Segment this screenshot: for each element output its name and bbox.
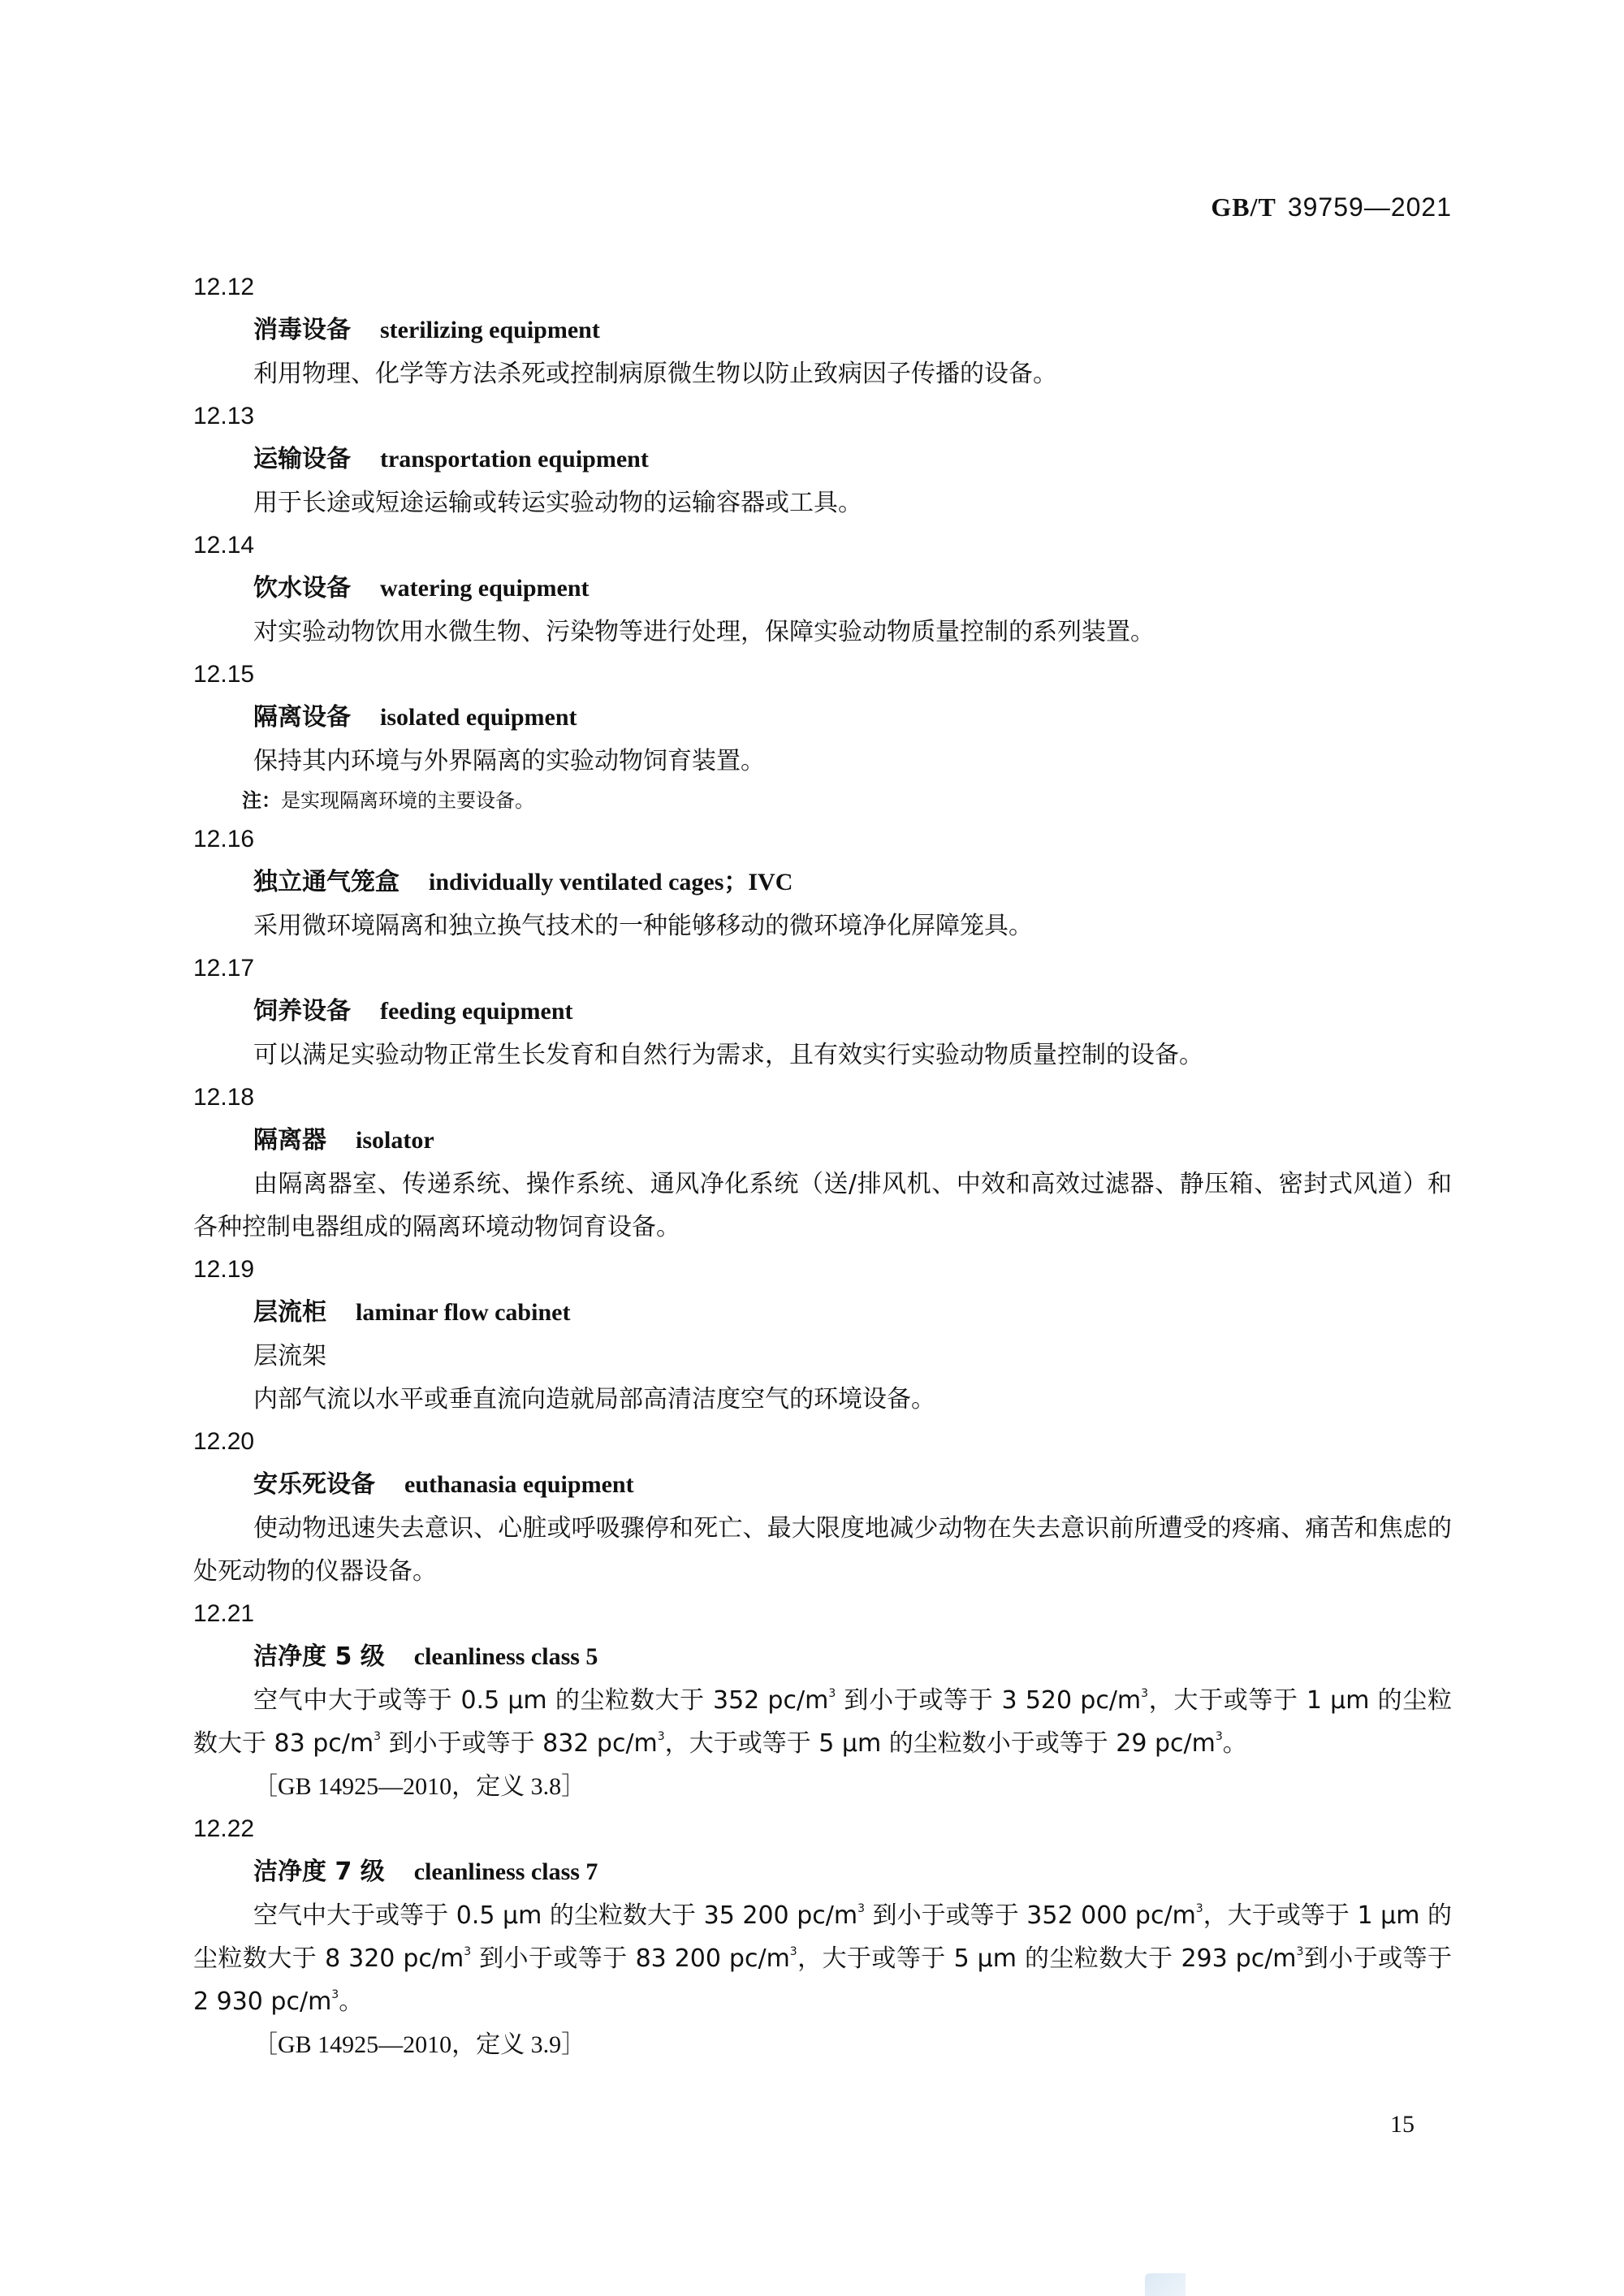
term-heading: 隔离设备isolated equipment bbox=[253, 696, 1452, 740]
term-en: cleanliness class 5 bbox=[414, 1643, 598, 1670]
entry-number: 12.20 bbox=[193, 1421, 1452, 1463]
term-definition: 空气中大于或等于 0.5 μm 的尘粒数大于 352 pc/m3 到小于或等于 … bbox=[193, 1679, 1452, 1765]
term-en: isolator bbox=[356, 1127, 434, 1154]
term-definition: 内部气流以水平或垂直流向造就局部高清洁度空气的环境设备。 bbox=[193, 1378, 1452, 1421]
entry-number: 12.13 bbox=[193, 395, 1452, 438]
term-zh: 安乐死设备 bbox=[253, 1470, 375, 1499]
term-note: 注：是实现隔离环境的主要设备。 bbox=[242, 783, 1452, 818]
term-heading: 洁净度 7 级cleanliness class 7 bbox=[253, 1850, 1452, 1894]
entry-number: 12.21 bbox=[193, 1593, 1452, 1635]
term-synonym: 层流架 bbox=[253, 1335, 1452, 1378]
term-heading: 安乐死设备euthanasia equipment bbox=[253, 1463, 1452, 1507]
entry-number: 12.22 bbox=[193, 1808, 1452, 1850]
note-label: 注： bbox=[242, 789, 281, 812]
superscript: 3 bbox=[1216, 1730, 1223, 1743]
term-zh: 隔离器 bbox=[253, 1126, 326, 1154]
superscript: 3 bbox=[374, 1730, 381, 1743]
superscript: 3 bbox=[464, 1945, 471, 1958]
text-run: 。 bbox=[339, 1987, 363, 2016]
text-run: 空气中大于或等于 0.5 μm 的尘粒数大于 35 200 pc/m bbox=[253, 1901, 857, 1930]
term-heading: 运输设备transportation equipment bbox=[253, 438, 1452, 481]
text-run: 到小于或等于 83 200 pc/m bbox=[471, 1944, 790, 1973]
term-definition: 采用微环境隔离和独立换气技术的一种能够移动的微环境净化屏障笼具。 bbox=[193, 904, 1452, 947]
text-run: 到小于或等于 352 000 pc/m bbox=[865, 1901, 1196, 1930]
term-zh: 洁净度 7 级 bbox=[253, 1858, 385, 1886]
text-run: 到小于或等于 3 520 pc/m bbox=[836, 1686, 1141, 1715]
standard-prefix: GB/T bbox=[1211, 192, 1276, 222]
term-zh: 消毒设备 bbox=[253, 316, 351, 344]
term-en: individually ventilated cages；IVC bbox=[429, 869, 793, 896]
entry-number: 12.12 bbox=[193, 266, 1452, 309]
term-heading: 隔离器isolator bbox=[253, 1119, 1452, 1163]
term-en: cleanliness class 7 bbox=[414, 1858, 598, 1885]
superscript: 3 bbox=[1196, 1902, 1203, 1915]
term-zh: 独立通气笼盒 bbox=[253, 868, 400, 896]
text-run: 到小于或等于 832 pc/m bbox=[381, 1729, 658, 1758]
term-en: euthanasia equipment bbox=[404, 1471, 634, 1498]
term-definition: 用于长途或短途运输或转运实验动物的运输容器或工具。 bbox=[193, 481, 1452, 524]
term-en: watering equipment bbox=[380, 575, 590, 602]
term-source: ［GB 14925—2010，定义 3.8］ bbox=[253, 1765, 1452, 1808]
term-zh: 隔离设备 bbox=[253, 703, 351, 732]
superscript: 3 bbox=[331, 1988, 339, 2001]
term-definition: 对实验动物饮用水微生物、污染物等进行处理，保障实验动物质量控制的系列装置。 bbox=[193, 611, 1452, 654]
entry-number: 12.19 bbox=[193, 1249, 1452, 1291]
term-en: sterilizing equipment bbox=[380, 317, 600, 343]
text-run: 空气中大于或等于 0.5 μm 的尘粒数大于 352 pc/m bbox=[253, 1686, 828, 1715]
term-zh: 运输设备 bbox=[253, 445, 351, 473]
superscript: 3 bbox=[790, 1945, 797, 1958]
term-en: transportation equipment bbox=[380, 446, 649, 473]
term-definition: 保持其内环境与外界隔离的实验动物饲育装置。 bbox=[193, 740, 1452, 783]
standard-number: 39759—2021 bbox=[1288, 192, 1452, 222]
term-zh: 洁净度 5 级 bbox=[253, 1642, 385, 1671]
entry-number: 12.17 bbox=[193, 947, 1452, 990]
term-definition: 利用物理、化学等方法杀死或控制病原微生物以防止致病因子传播的设备。 bbox=[193, 352, 1452, 395]
watermark-logo-icon bbox=[1145, 2273, 1186, 2296]
superscript: 3 bbox=[1141, 1687, 1148, 1700]
term-definition: 空气中大于或等于 0.5 μm 的尘粒数大于 35 200 pc/m3 到小于或… bbox=[193, 1894, 1452, 2023]
page-number: 15 bbox=[1390, 2111, 1415, 2138]
term-heading: 消毒设备sterilizing equipment bbox=[253, 309, 1452, 352]
term-definition: 由隔离器室、传递系统、操作系统、通风净化系统（送/排风机、中效和高效过滤器、静压… bbox=[193, 1163, 1452, 1249]
entry-number: 12.16 bbox=[193, 818, 1452, 861]
text-run: ，大于或等于 5 μm 的尘粒数小于或等于 29 pc/m bbox=[665, 1729, 1216, 1758]
entry-number: 12.14 bbox=[193, 524, 1452, 567]
term-heading: 饮水设备watering equipment bbox=[253, 567, 1452, 611]
term-zh: 层流柜 bbox=[253, 1298, 326, 1327]
term-zh: 饮水设备 bbox=[253, 574, 351, 602]
text-run: ，大于或等于 5 μm 的尘粒数大于 293 pc/m bbox=[797, 1944, 1297, 1973]
term-en: feeding equipment bbox=[380, 998, 573, 1025]
term-heading: 层流柜laminar flow cabinet bbox=[253, 1291, 1452, 1335]
superscript: 3 bbox=[857, 1902, 865, 1915]
term-heading: 独立通气笼盒individually ventilated cages；IVC bbox=[253, 861, 1452, 904]
term-heading: 洁净度 5 级cleanliness class 5 bbox=[253, 1635, 1452, 1679]
term-definition: 使动物迅速失去意识、心脏或呼吸骤停和死亡、最大限度地减少动物在失去意识前所遭受的… bbox=[193, 1507, 1452, 1593]
term-source: ［GB 14925—2010，定义 3.9］ bbox=[253, 2023, 1452, 2066]
text-run: 。 bbox=[1223, 1729, 1247, 1758]
standard-code-header: GB/T39759—2021 bbox=[1211, 192, 1452, 222]
superscript: 3 bbox=[658, 1730, 665, 1743]
term-en: laminar flow cabinet bbox=[356, 1299, 570, 1326]
term-heading: 饲养设备feeding equipment bbox=[253, 990, 1452, 1034]
entry-number: 12.15 bbox=[193, 654, 1452, 696]
superscript: 3 bbox=[828, 1687, 836, 1700]
note-text: 是实现隔离环境的主要设备。 bbox=[281, 789, 534, 812]
entry-number: 12.18 bbox=[193, 1077, 1452, 1119]
term-definition: 可以满足实验动物正常生长发育和自然行为需求，且有效实行实验动物质量控制的设备。 bbox=[193, 1034, 1452, 1077]
term-zh: 饲养设备 bbox=[253, 997, 351, 1025]
term-entries: 12.12 消毒设备sterilizing equipment 利用物理、化学等… bbox=[193, 266, 1452, 2066]
term-en: isolated equipment bbox=[380, 704, 577, 731]
